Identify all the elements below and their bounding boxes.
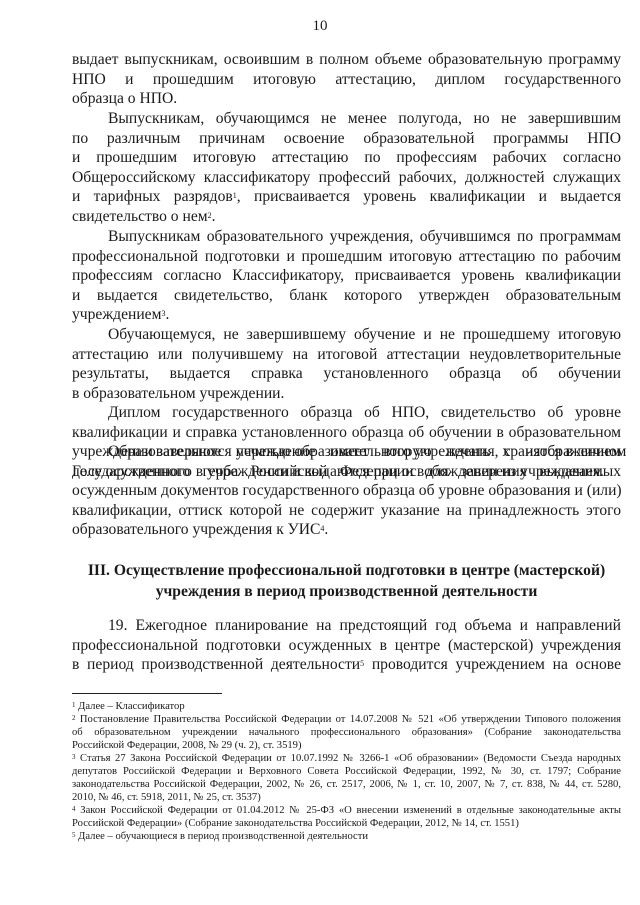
text-line: осужденным документов государственного о… — [72, 481, 621, 501]
footnote-ref[interactable]: 5 — [360, 659, 364, 668]
footnote-separator — [72, 693, 222, 694]
paragraph: Выпускникам образовательного учреждения,… — [72, 227, 621, 325]
section-heading-line: учреждения в период производственной дея… — [72, 581, 621, 602]
footnote-ref[interactable]: 3 — [161, 309, 165, 318]
footnote: 4 Закон Российской Федерации от 01.04.20… — [72, 804, 621, 817]
footnote-text: Далее – Классификатор — [78, 701, 184, 712]
text-line: квалификации и справка установленного об… — [72, 423, 621, 443]
text-line: в период производственной деятельности5 … — [72, 655, 621, 675]
text-line: профессиональной подготовки и прошедшим … — [72, 247, 621, 267]
text-fragment: в период производственной деятельности — [72, 656, 360, 673]
paragraph: Образовательное учреждение имеет вторую … — [72, 442, 621, 540]
text-line: Образовательное учреждение имеет вторую … — [72, 442, 621, 462]
footnote-number: 3 — [72, 753, 76, 761]
text-line: образца о НПО. — [72, 89, 621, 109]
footnote-ref[interactable]: 4 — [320, 524, 324, 533]
text-line: и прошедшим итоговую аттестацию по профе… — [72, 148, 621, 168]
text-fragment: учреждением — [72, 306, 161, 323]
text-line: и выдается свидетельство, бланк которого… — [72, 286, 621, 306]
footnote-text: Далее – обучающиеся в период производств… — [78, 831, 368, 842]
paragraph: Выпускникам, обучающимся не менее полуго… — [72, 109, 621, 227]
text-fragment: образовательного учреждения к УИС — [72, 521, 320, 538]
footnote-ref[interactable]: 1 — [233, 191, 237, 200]
footnote-text: об образовательном учреждении начального… — [72, 726, 621, 739]
document-page: 10 выдает выпускникам, освоившим в полно… — [0, 0, 640, 905]
footnote-text: Российской Федерации, 2008, № 29 (ч. 2),… — [72, 739, 621, 752]
section-heading-line: III. Осуществление профессиональной подг… — [72, 560, 621, 581]
footnotes: 1 Далее – Классификатор 2 Постановление … — [72, 700, 621, 843]
text-line: НПО и прошедшим итоговую аттестацию, дип… — [72, 70, 621, 90]
text-line: свидетельство о нем2. — [72, 207, 621, 227]
footnote-text: Закон Российской Федерации от 01.04.2012… — [80, 805, 621, 816]
text-line: 19. Ежегодное планирование на предстоящи… — [72, 616, 621, 636]
footnote-number: 4 — [72, 805, 76, 813]
footnote-number: 1 — [72, 701, 76, 709]
paragraph: выдает выпускникам, освоившим в полном о… — [72, 50, 621, 109]
footnote-text: Российской Федерации» (Собрание законода… — [72, 817, 621, 830]
text-line: квалификации, оттиск которой не содержит… — [72, 501, 621, 521]
text-line: Обучающемуся, не завершившему обучение и… — [72, 325, 621, 345]
text-line: профессиям согласно Классификатору, прис… — [72, 266, 621, 286]
footnote-text: законодательства Российской Федерации, 2… — [72, 778, 621, 791]
text-fragment: и тарифных разрядов — [72, 188, 233, 205]
text-line: по различным причинам освоение образоват… — [72, 129, 621, 149]
text-fragment: проводится учреждением на основе — [364, 656, 621, 673]
text-line: в образовательном учреждении. — [72, 384, 621, 404]
paragraph-19: 19. Ежегодное планирование на предстоящи… — [72, 616, 621, 675]
footnote-text: Постановление Правительства Российской Ф… — [80, 714, 621, 725]
text-fragment: . — [165, 306, 169, 323]
footnote-text: депутатов Российской Федерации и Верховн… — [72, 765, 621, 778]
footnote-text: 2010, № 46, ст. 5918, 2011, № 25, ст. 35… — [72, 791, 621, 804]
text-line: профессиональной подготовки осужденных в… — [72, 636, 621, 656]
text-line: Государственного герба Российской Федера… — [72, 462, 621, 482]
text-line: Выпускникам образовательного учреждения,… — [72, 227, 621, 247]
footnote: 5 Далее – обучающиеся в период производс… — [72, 830, 621, 843]
text-fragment: , присваивается уровень квалификации и в… — [237, 188, 621, 205]
text-fragment: . — [324, 521, 328, 538]
text-line: Диплом государственного образца об НПО, … — [72, 403, 621, 423]
text-line: образовательного учреждения к УИС4. — [72, 520, 621, 540]
paragraph: Обучающемуся, не завершившему обучение и… — [72, 325, 621, 403]
page-number: 10 — [0, 18, 640, 35]
footnote-ref[interactable]: 2 — [208, 211, 212, 220]
footnote-number: 5 — [72, 831, 76, 839]
text-fragment: свидетельство о нем — [72, 208, 208, 225]
text-line: учреждением3. — [72, 305, 621, 325]
text-line: Общероссийскому классификатору профессий… — [72, 168, 621, 188]
footnote: 3 Статья 27 Закона Российской Федерации … — [72, 752, 621, 765]
text-line: результаты, выдается справка установленн… — [72, 364, 621, 384]
text-line: аттестацию или получившему на итоговой а… — [72, 345, 621, 365]
footnote-text: Статья 27 Закона Российской Федерации от… — [80, 753, 621, 764]
footnote: 2 Постановление Правительства Российской… — [72, 713, 621, 726]
text-line: выдает выпускникам, освоившим в полном о… — [72, 50, 621, 70]
text-line: и тарифных разрядов1, присваивается уров… — [72, 187, 621, 207]
text-line: Выпускникам, обучающимся не менее полуго… — [72, 109, 621, 129]
text-fragment: . — [212, 208, 216, 225]
section-heading: III. Осуществление профессиональной подг… — [72, 560, 621, 602]
footnote-number: 2 — [72, 714, 76, 722]
footnote: 1 Далее – Классификатор — [72, 700, 621, 713]
